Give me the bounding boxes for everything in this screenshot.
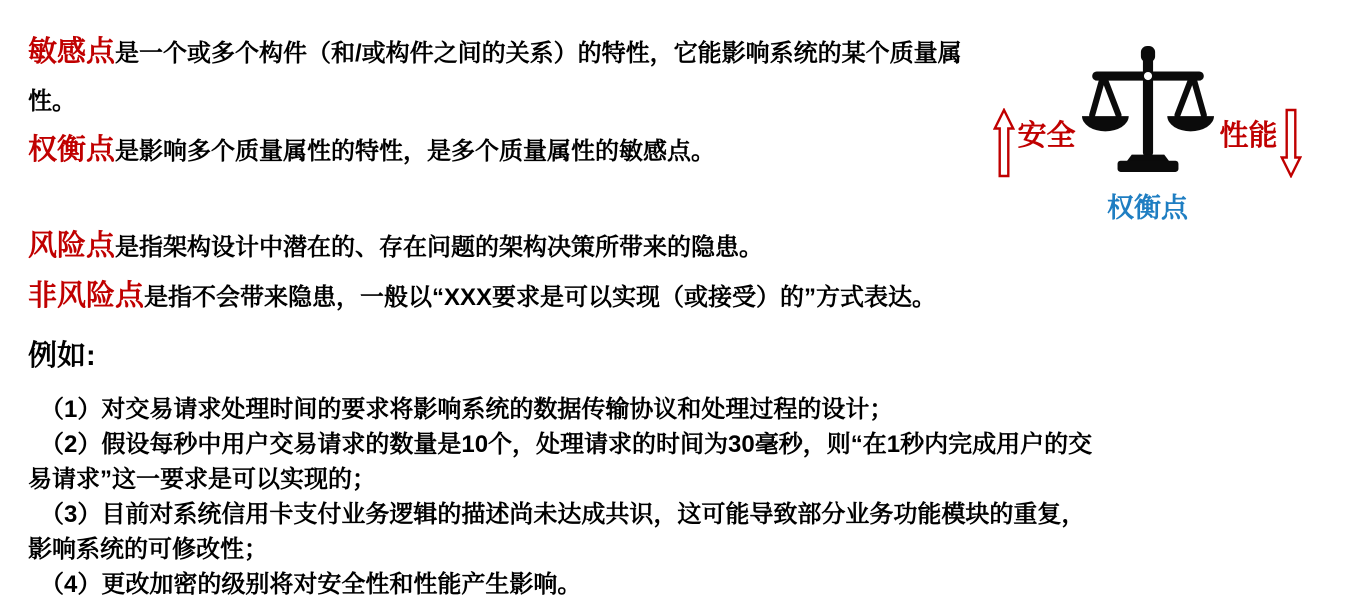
definition-tradeoff-point: 权衡点是影响多个质量属性的特性，是多个质量属性的敏感点。 — [28, 126, 988, 176]
slide: 敏感点是一个或多个构件（和/或构件之间的关系）的特性，它能影响系统的某个质量属性… — [0, 0, 1345, 603]
definitions-block: 敏感点是一个或多个构件（和/或构件之间的关系）的特性，它能影响系统的某个质量属性… — [28, 28, 1100, 602]
performance-label: 性能 — [1220, 120, 1278, 152]
security-label: 安全 — [1017, 120, 1075, 152]
performance-side: 性能 — [1218, 108, 1302, 178]
definition-nonrisk-point: 非风险点是指不会带来隐患，一般以“XXX要求是可以实现（或接受）的”方式表达。 — [28, 272, 988, 322]
definition-sensitivity-point: 敏感点是一个或多个构件（和/或构件之间的关系）的特性，它能影响系统的某个质量属性… — [28, 28, 988, 126]
security-side: 安全 — [993, 108, 1077, 178]
definition-text-risk: 是指架构设计中潜在的、存在问题的架构决策所带来的隐患。 — [115, 234, 763, 261]
balance-scale-icon — [1081, 40, 1215, 178]
term-nonrisk-point: 非风险点 — [28, 280, 144, 312]
example-item-2: （2）假设每秒中用户交易请求的数量是10个，处理请求的时间为30毫秒，则“在1秒… — [28, 427, 1094, 497]
definition-text-nonrisk: 是指不会带来隐患，一般以“XXX要求是可以实现（或接受）的”方式表达。 — [144, 284, 936, 311]
example-item-4: （4）更改加密的级别将对安全性和性能产生影响。 — [28, 567, 1094, 602]
figure-row: 安全 — [985, 40, 1310, 178]
definition-risk-point: 风险点是指架构设计中潜在的、存在问题的架构决策所带来的隐患。 — [28, 222, 988, 272]
term-tradeoff-point: 权衡点 — [28, 134, 115, 166]
examples-heading: 例如: — [28, 336, 1100, 376]
example-item-1: （1）对交易请求处理时间的要求将影响系统的数据传输协议和处理过程的设计； — [28, 392, 1094, 427]
down-arrow-icon — [1280, 108, 1302, 178]
definition-text-sensitivity: 是一个或多个构件（和/或构件之间的关系）的特性，它能影响系统的某个质量属性。 — [28, 40, 962, 115]
definition-text-tradeoff: 是影响多个质量属性的特性，是多个质量属性的敏感点。 — [115, 138, 715, 165]
tradeoff-figure: 安全 — [985, 40, 1310, 225]
term-sensitivity-point: 敏感点 — [28, 36, 115, 68]
tradeoff-caption: 权衡点 — [985, 186, 1310, 225]
term-risk-point: 风险点 — [28, 230, 115, 262]
up-arrow-icon — [993, 108, 1015, 178]
example-item-3: （3）目前对系统信用卡支付业务逻辑的描述尚未达成共识，这可能导致部分业务功能模块… — [28, 497, 1094, 567]
examples-list: （1）对交易请求处理时间的要求将影响系统的数据传输协议和处理过程的设计； （2）… — [28, 392, 1094, 602]
